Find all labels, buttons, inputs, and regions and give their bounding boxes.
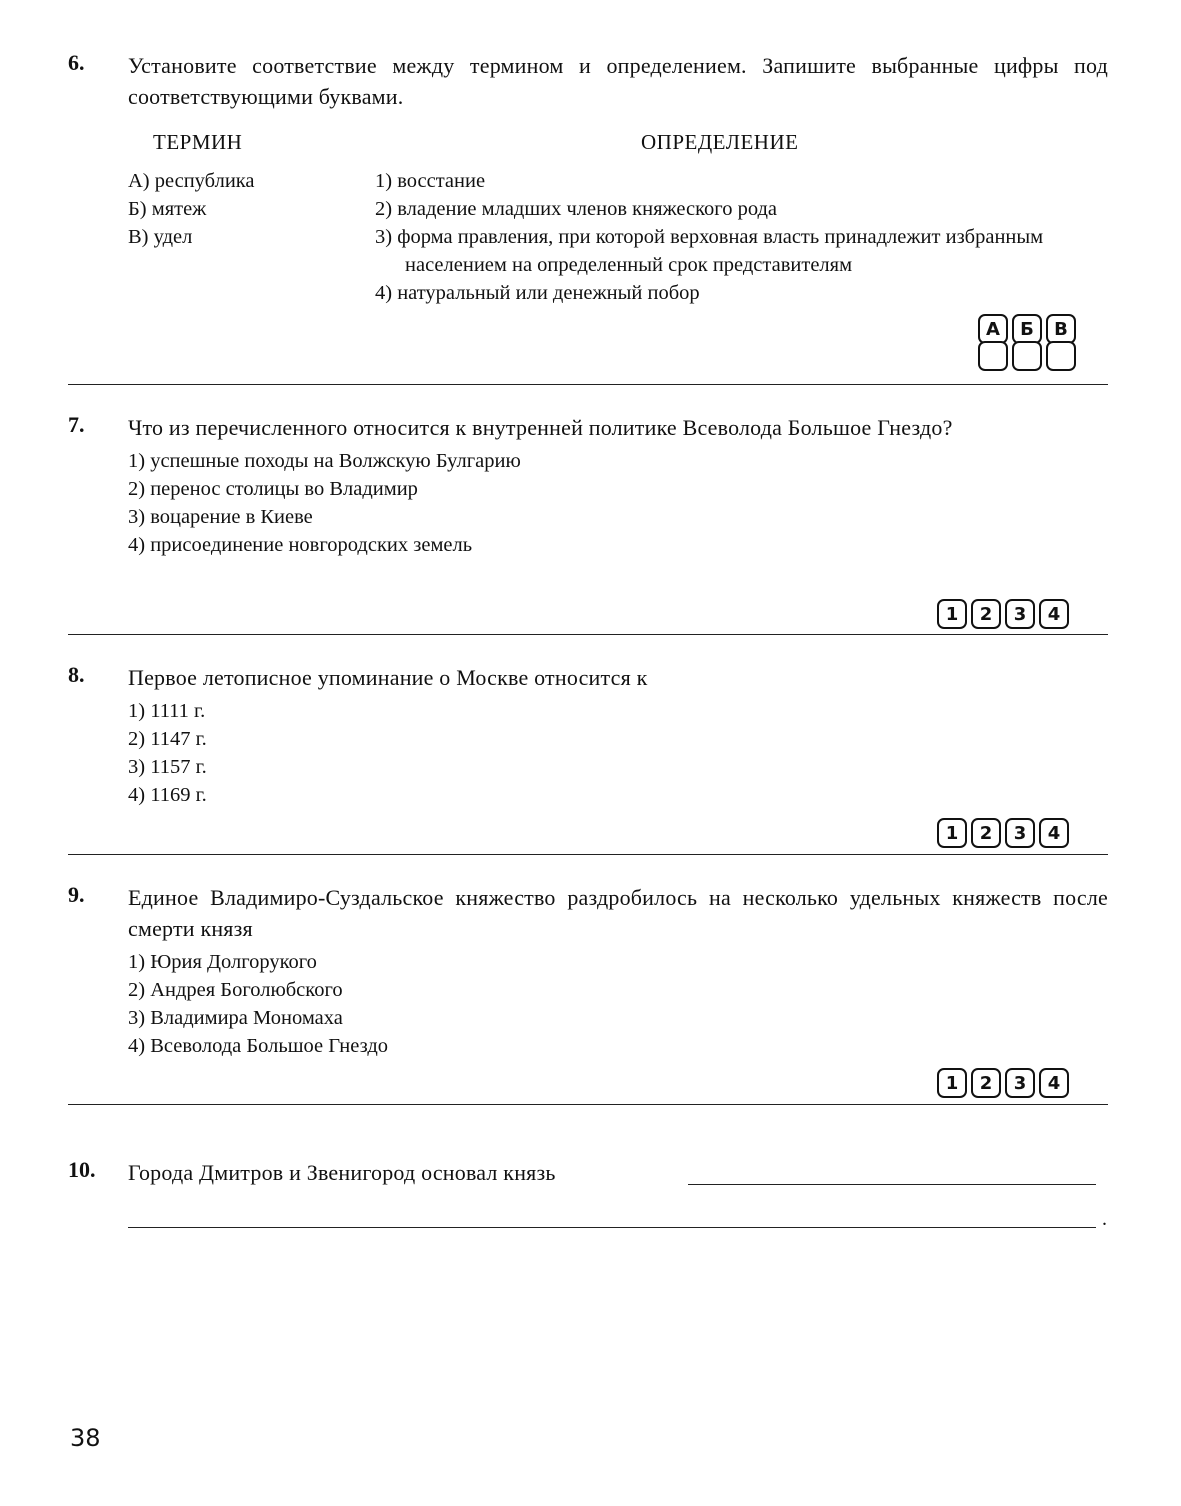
answer-box-4[interactable]: 4: [1039, 1068, 1069, 1098]
end-period: .: [1102, 1208, 1107, 1231]
option-list: 1) 1111 г. 2) 1147 г. 3) 1157 г. 4) 1169…: [128, 697, 1108, 809]
answer-cell-b[interactable]: [1012, 341, 1042, 371]
definition-item: 4) натуральный или денежный побор: [375, 279, 1115, 307]
definition-item: 3) форма правления, при которой верховна…: [375, 223, 1115, 279]
answer-grid-6: А Б В: [978, 314, 1076, 371]
definition-list: 1) восстание 2) владение младших членов …: [375, 167, 1115, 307]
definition-item: 2) владение младших членов княжеского ро…: [375, 195, 1115, 223]
answer-box-4[interactable]: 4: [1039, 599, 1069, 629]
answer-box-2[interactable]: 2: [971, 599, 1001, 629]
task-number: 9.: [68, 882, 85, 908]
option-item: 2) Андрея Боголюбского: [128, 976, 1108, 1004]
term-header: ТЕРМИН: [153, 130, 242, 155]
divider: [68, 634, 1108, 635]
page-number: 38: [70, 1424, 101, 1452]
term-item: А) республика: [128, 167, 255, 195]
option-item: 3) 1157 г.: [128, 753, 1108, 781]
answer-box-1[interactable]: 1: [937, 1068, 967, 1098]
option-item: 3) Владимира Мономаха: [128, 1004, 1108, 1032]
divider: [68, 854, 1108, 855]
divider: [68, 384, 1108, 385]
task-6: 6. Установите соответствие между термино…: [68, 50, 1108, 112]
option-item: 4) Всеволода Большое Гнездо: [128, 1032, 1108, 1060]
answer-box-1[interactable]: 1: [937, 818, 967, 848]
option-list: 1) успешные походы на Волжскую Булгарию …: [128, 447, 1108, 559]
option-item: 1) Юрия Долгорукого: [128, 948, 1108, 976]
answer-line-1[interactable]: [688, 1184, 1096, 1185]
task-question: Первое летописное упоминание о Москве от…: [128, 662, 1108, 693]
answer-cell-a[interactable]: [978, 341, 1008, 371]
option-list: 1) Юрия Долгорукого 2) Андрея Боголюбско…: [128, 948, 1108, 1060]
term-list: А) республика Б) мятеж В) удел: [128, 167, 255, 251]
answer-box-3[interactable]: 3: [1005, 818, 1035, 848]
term-item: Б) мятеж: [128, 195, 255, 223]
answer-column-a: А: [978, 314, 1008, 371]
answer-box-3[interactable]: 3: [1005, 599, 1035, 629]
option-item: 4) присоединение новгородских земель: [128, 531, 1108, 559]
answer-box-2[interactable]: 2: [971, 1068, 1001, 1098]
task-question: Единое Владимиро-Суздальское княжество р…: [128, 882, 1108, 944]
option-item: 3) воцарение в Киеве: [128, 503, 1108, 531]
letter-label: Б: [1012, 314, 1042, 344]
task-number: 8.: [68, 662, 85, 688]
option-item: 1) 1111 г.: [128, 697, 1108, 725]
answer-box-2[interactable]: 2: [971, 818, 1001, 848]
task-7: 7. Что из перечисленного относится к вну…: [68, 412, 1108, 559]
divider: [68, 1104, 1108, 1105]
answer-line-2[interactable]: [128, 1227, 1096, 1228]
letter-label: В: [1046, 314, 1076, 344]
letter-label: А: [978, 314, 1008, 344]
task-8: 8. Первое летописное упоминание о Москве…: [68, 662, 1108, 809]
task-9: 9. Единое Владимиро-Суздальское княжеств…: [68, 882, 1108, 1060]
option-item: 2) 1147 г.: [128, 725, 1108, 753]
term-item: В) удел: [128, 223, 255, 251]
option-item: 4) 1169 г.: [128, 781, 1108, 809]
answer-column-v: В: [1046, 314, 1076, 371]
answer-box-3[interactable]: 3: [1005, 1068, 1035, 1098]
option-item: 1) успешные походы на Волжскую Булгарию: [128, 447, 1108, 475]
answer-boxes-7: 1 2 3 4: [937, 599, 1069, 629]
task-question: Установите соответствие между термином и…: [128, 50, 1108, 112]
task-number: 7.: [68, 412, 85, 438]
answer-box-1[interactable]: 1: [937, 599, 967, 629]
answer-box-4[interactable]: 4: [1039, 818, 1069, 848]
answer-column-b: Б: [1012, 314, 1042, 371]
option-item: 2) перенос столицы во Владимир: [128, 475, 1108, 503]
task-number: 10.: [68, 1157, 96, 1183]
answer-boxes-9: 1 2 3 4: [937, 1068, 1069, 1098]
definition-item: 1) восстание: [375, 167, 1115, 195]
answer-boxes-8: 1 2 3 4: [937, 818, 1069, 848]
task-number: 6.: [68, 50, 85, 76]
definition-header: ОПРЕДЕЛЕНИЕ: [641, 130, 798, 155]
answer-cell-v[interactable]: [1046, 341, 1076, 371]
task-question: Что из перечисленного относится к внутре…: [128, 412, 1108, 443]
